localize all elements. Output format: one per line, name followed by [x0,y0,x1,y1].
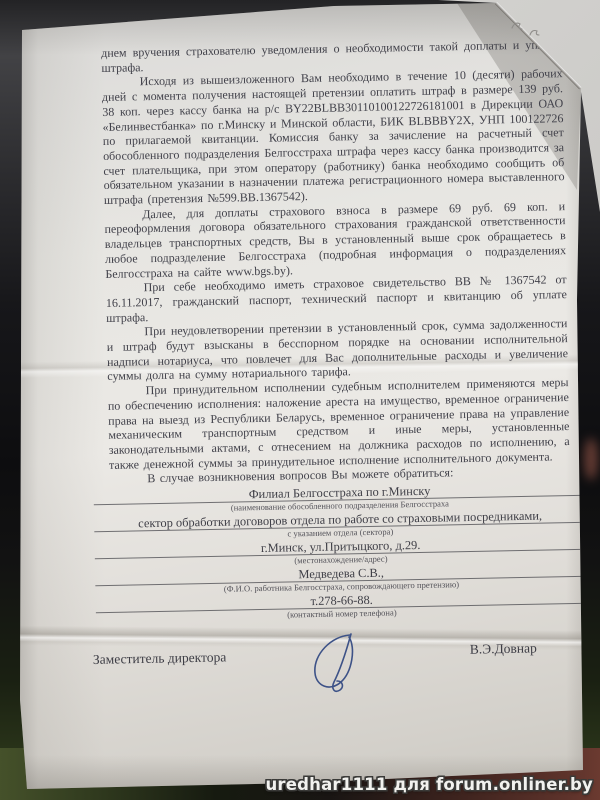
letter-body: днем вручения страхователю уведомления о… [101,37,573,624]
contact-block: Филиал Белгосстраха по г.Минску (наимено… [94,480,589,624]
paragraph: Исходя из вышеизложенного Вам необходимо… [102,67,565,208]
document-photo: днем вручения страхователю уведомления о… [0,0,600,800]
background-object [584,438,598,480]
signature-block: Заместитель директора В.Э.Довнар [0,642,600,674]
signer-name: В.Э.Довнар [470,640,537,657]
paragraph: Далее, для доплаты страхового взноса в р… [104,199,566,281]
handwritten-signature [306,632,364,698]
paragraph: При принудительном исполнении судебным и… [107,375,570,472]
pencil-marks [506,16,550,42]
document-page: днем вручения страхователю уведомления о… [0,0,600,800]
paragraph: При неудовлетворении претензии в установ… [106,316,568,384]
signer-title: Заместитель директора [93,649,227,668]
watermark: uredhar1111 для forum.onliner.by [265,775,593,794]
